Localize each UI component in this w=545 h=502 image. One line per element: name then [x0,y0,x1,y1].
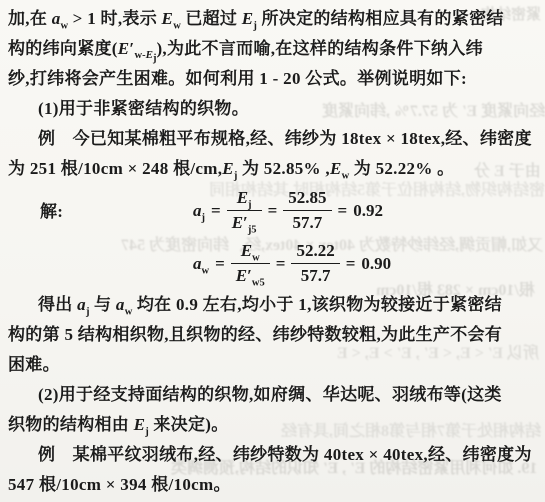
text-line: 得出 aj 与 aw 均在 0.9 左右,均小于 1,该织物为较接近于紧密结 [8,290,539,320]
text-line: (2)用于经支持面结构的织物,如府绸、华达呢、羽绒布等(这类 [8,380,539,410]
fraction-symbolic: Ew E′w5 [231,241,270,285]
text-line: 加,在 aw > 1 时,表示 Ew 已超过 Ej 所决定的结构相应具有的紧密结 [8,4,539,34]
fraction-denominator: E′w5 [231,264,270,286]
text-line: 为 251 根/10cm × 248 根/cm,Ej 为 52.85% ,Ew … [8,154,539,184]
text-line: 例 今已知某棉粗平布规格,经、纬纱为 18tex × 18tex,经、纬密度 [8,124,539,154]
fraction-symbolic: Ej E′j5 [227,188,262,232]
fraction-numeric: 52.22 57.7 [291,241,339,285]
equation-result: 0.90 [361,254,391,274]
text-line: 547 根/10cm × 394 根/10cm。 [8,470,539,500]
text-line: 构的纬向紧度(E′w-Ej),为此不言而喻,在这样的结构条件下纳入纬 [8,34,539,64]
equals-sign: = [268,201,278,221]
fraction-denominator: E′j5 [227,211,262,233]
page-content: 加,在 aw > 1 时,表示 Ew 已超过 Ej 所决定的结构相应具有的紧密结… [0,0,545,500]
fraction-denominator: 57.7 [283,211,331,233]
solution-block: 解: aj = Ej E′j5 = 52.85 57.7 = 0.92 aw = [8,184,539,290]
fraction-numerator: 52.22 [291,241,339,264]
solution-label: 解: [40,197,63,222]
fraction-numerator: Ej [227,188,262,211]
fraction-numerator: 52.85 [283,188,331,211]
text-line: 困难。 [8,350,539,380]
fraction-numerator: Ew [231,241,270,264]
text-line: 织物的结构相由 Ej 来决定)。 [8,410,539,440]
equation-lhs: aw [193,254,209,274]
text-line: 构的第 5 结构相织物,且织物的经、纬纱特数较粗,为此生产不会有 [8,320,539,350]
equals-sign: = [346,254,356,274]
fraction-numeric: 52.85 57.7 [283,188,331,232]
equals-sign: = [215,254,225,274]
equation-aj: aj = Ej E′j5 = 52.85 57.7 = 0.92 [193,184,539,237]
fraction-denominator: 57.7 [291,264,339,286]
equation-result: 0.92 [353,201,383,221]
equation-lhs: aj [193,201,205,221]
equation-aw: aw = Ew E′w5 = 52.22 57.7 = 0.90 [193,237,539,290]
document-page: 紧密结构 经向紧度 E′ 为 57.7% ,纬向紧度 由于 E 分 密结构织物,… [0,0,545,502]
equals-sign: = [211,201,221,221]
text-line: (1)用于非紧密结构的织物。 [8,94,539,124]
text-line: 纱,打纬将会产生困难。如何利用 1 - 20 公式。举例说明如下: [8,64,539,94]
equals-sign: = [276,254,286,274]
equals-sign: = [338,201,348,221]
text-line: 例 某棉平纹羽绒布,经、纬纱特数为 40tex × 40tex,经、纬密度为 [8,440,539,470]
